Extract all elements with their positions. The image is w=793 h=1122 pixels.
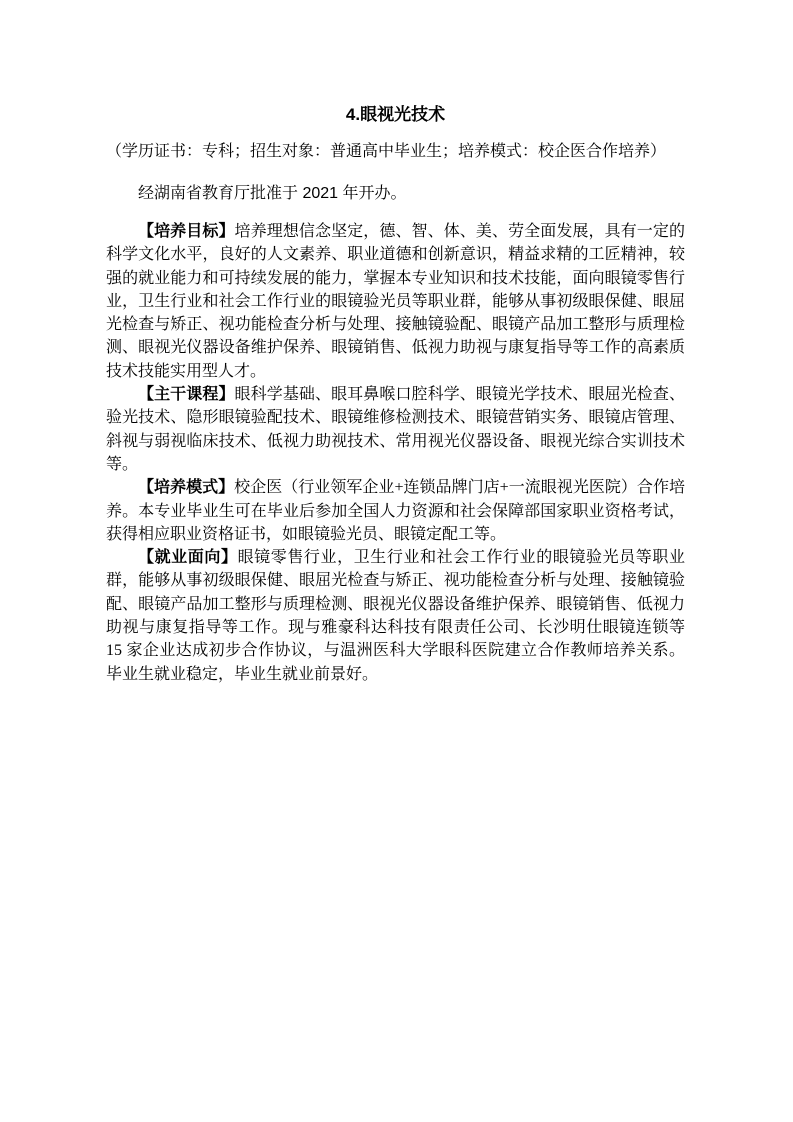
section-text-employment-orientation: 眼镜零售行业，卫生行业和社会工作行业的眼镜验光员等职业群，能够从事初级眼保健、眼… bbox=[106, 549, 685, 682]
section-paragraph-employment-orientation: 【就业面向】眼镜零售行业，卫生行业和社会工作行业的眼镜验光员等职业群，能够从事初… bbox=[106, 546, 685, 686]
section-label-employment-orientation: 【就业面向】 bbox=[138, 549, 238, 566]
section-label-training-mode: 【培养模式】 bbox=[138, 479, 234, 496]
section-label-main-courses: 【主干课程】 bbox=[138, 386, 235, 403]
section-label-training-objectives: 【培养目标】 bbox=[138, 223, 235, 240]
section-paragraph-main-courses: 【主干课程】眼科学基础、眼耳鼻喉口腔科学、眼镜光学技术、眼屈光检查、验光技术、隐… bbox=[106, 383, 685, 476]
section-paragraph-training-mode: 【培养模式】校企医（行业领军企业+连锁品牌门店+一流眼视光医院）合作培养。本专业… bbox=[106, 476, 685, 546]
page-title: 4.眼视光技术 bbox=[106, 103, 685, 126]
document-page: 4.眼视光技术 （学历证书：专科；招生对象：普通高中毕业生；培养模式：校企医合作… bbox=[0, 0, 793, 1122]
section-text-training-objectives: 培养理想信念坚定，德、智、体、美、劳全面发展，具有一定的科学文化水平，良好的人文… bbox=[106, 223, 685, 380]
section-paragraph-training-objectives: 【培养目标】培养理想信念坚定，德、智、体、美、劳全面发展，具有一定的科学文化水平… bbox=[106, 220, 685, 383]
subtitle-line: （学历证书：专科；招生对象：普通高中毕业生；培养模式：校企医合作培养） bbox=[106, 140, 685, 163]
intro-paragraph: 经湖南省教育厅批准于 2021 年开办。 bbox=[106, 182, 685, 205]
